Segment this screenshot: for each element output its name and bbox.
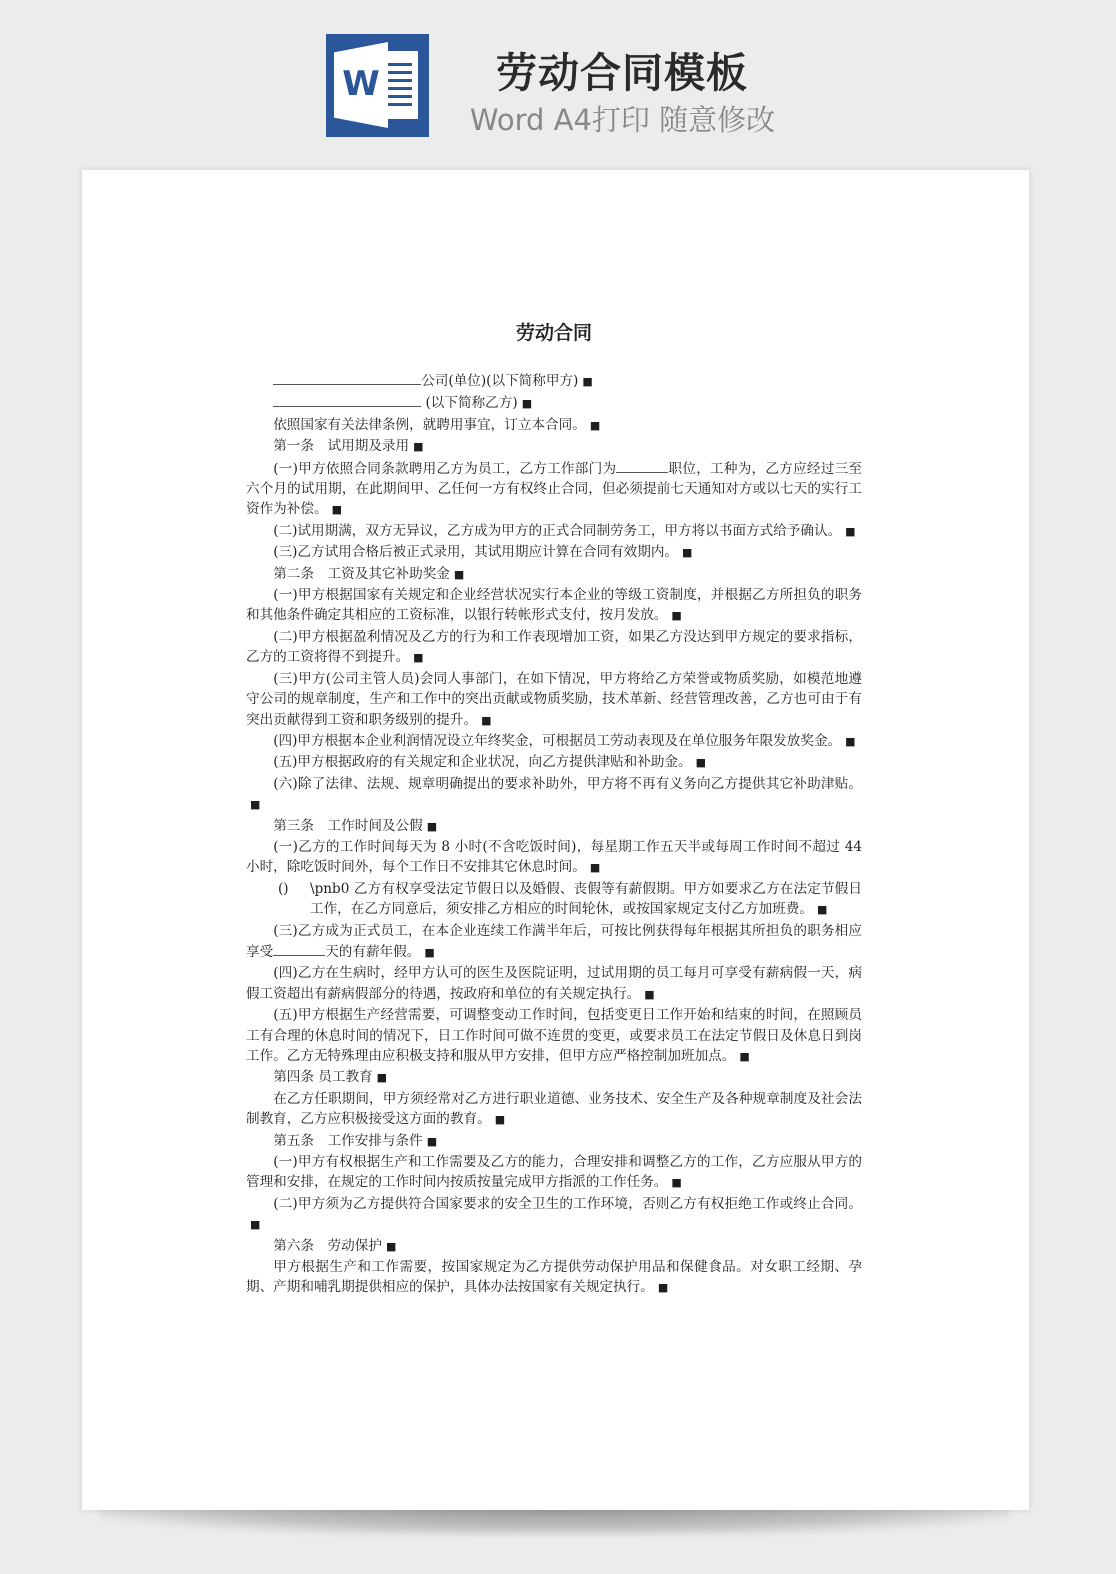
section-heading: 第四条 员工教育■ <box>246 1067 862 1088</box>
section-paragraph: (六)除了法律、法规、规章明确提出的要求补助外，甲方将不再有义务向乙方提供其它补… <box>246 774 862 816</box>
banner-header: W 劳动合同模板 Word A4打印 随意修改 <box>0 0 1116 160</box>
section-paragraph: 甲方根据生产和工作需要，按国家规定为乙方提供劳动保护用品和保健食品。对女职工经期… <box>246 1257 862 1299</box>
section-paragraph: (四)甲方根据本企业利润情况设立年终奖金，可根据员工劳动表现及在单位服务年限发放… <box>246 731 862 752</box>
section-paragraph: (一)乙方的工作时间每天为 8 小时(不含吃饭时间)，每星期工作五天半或每周工作… <box>246 837 862 879</box>
party-a-line: 公司(单位)(以下简称甲方)■ <box>246 370 862 392</box>
section-paragraph: (三)乙方成为正式员工，在本企业连续工作满半年后，可按比例获得每年根据其所担负的… <box>246 921 862 964</box>
section-paragraph: (一)甲方根据国家有关规定和企业经营状况实行本企业的等级工资制度，并根据乙方所担… <box>246 585 862 627</box>
word-icon: W <box>326 34 429 137</box>
fill-in-blank[interactable] <box>616 458 668 473</box>
section-paragraph: (一)甲方依照合同条款聘用乙方为员工，乙方工作部门为职位，工种为，乙方应经过三至… <box>246 458 862 521</box>
section-paragraph: (二)甲方根据盈利情况及乙方的行为和工作表现增加工资，如果乙方没达到甲方规定的要… <box>246 627 862 669</box>
document-title: 劳动合同 <box>246 318 862 348</box>
party-b-blank[interactable] <box>273 392 421 407</box>
section-paragraph: (二)甲方须为乙方提供符合国家要求的安全卫生的工作环境，否则乙方有权拒绝工作或终… <box>246 1194 862 1236</box>
section-paragraph: ()\pnb0 乙方有权享受法定节假日以及婚假、丧假等有薪假期。甲方如要求乙方在… <box>246 879 862 921</box>
section-paragraph: 在乙方任职期间，甲方须经常对乙方进行职业道德、业务技术、安全生产及各种规章制度及… <box>246 1089 862 1131</box>
section-paragraph: (二)试用期满，双方无异议，乙方成为甲方的正式合同制劳务工，甲方将以书面方式给予… <box>246 521 862 542</box>
document-body: 劳动合同 公司(单位)(以下简称甲方)■ (以下简称乙方)■ 依照国家有关法律条… <box>246 318 862 1299</box>
section-heading: 第二条 工资及其它补助奖金■ <box>246 564 862 585</box>
section-paragraph: (三)乙方试用合格后被正式录用，其试用期应计算在合同有效期内。■ <box>246 542 862 563</box>
banner-subtitle: Word A4打印 随意修改 <box>455 98 790 139</box>
section-heading: 第三条 工作时间及公假■ <box>246 816 862 837</box>
section-heading: 第六条 劳动保护■ <box>246 1236 862 1257</box>
section-paragraph: (四)乙方在生病时，经甲方认可的医生及医院证明，过试用期的员工每月可享受有薪病假… <box>246 963 862 1005</box>
section-paragraph: (三)甲方(公司主管人员)会同人事部门，在如下情况，甲方将给乙方荣誉或物质奖励，… <box>246 669 862 731</box>
intro-paragraph: 依照国家有关法律条例，就聘用事宜，订立本合同。■ <box>246 415 862 436</box>
banner-title: 劳动合同模板 <box>462 40 782 99</box>
contract-sections: 第一条 试用期及录用■(一)甲方依照合同条款聘用乙方为员工，乙方工作部门为职位，… <box>246 436 862 1299</box>
fill-in-blank[interactable] <box>273 941 325 956</box>
section-heading: 第一条 试用期及录用■ <box>246 436 862 457</box>
section-paragraph: (五)甲方根据生产经营需要，可调整变动工作时间，包括变更日工作开始和结束的时间，… <box>246 1005 862 1067</box>
party-a-blank[interactable] <box>273 370 421 385</box>
party-b-line: (以下简称乙方)■ <box>246 392 862 414</box>
section-paragraph: (一)甲方有权根据生产和工作需要及乙方的能力，合理安排和调整乙方的工作，乙方应服… <box>246 1152 862 1194</box>
word-letter: W <box>340 64 382 104</box>
section-heading: 第五条 工作安排与条件■ <box>246 1131 862 1152</box>
section-paragraph: (五)甲方根据政府的有关规定和企业状况，向乙方提供津贴和补助金。■ <box>246 752 862 773</box>
